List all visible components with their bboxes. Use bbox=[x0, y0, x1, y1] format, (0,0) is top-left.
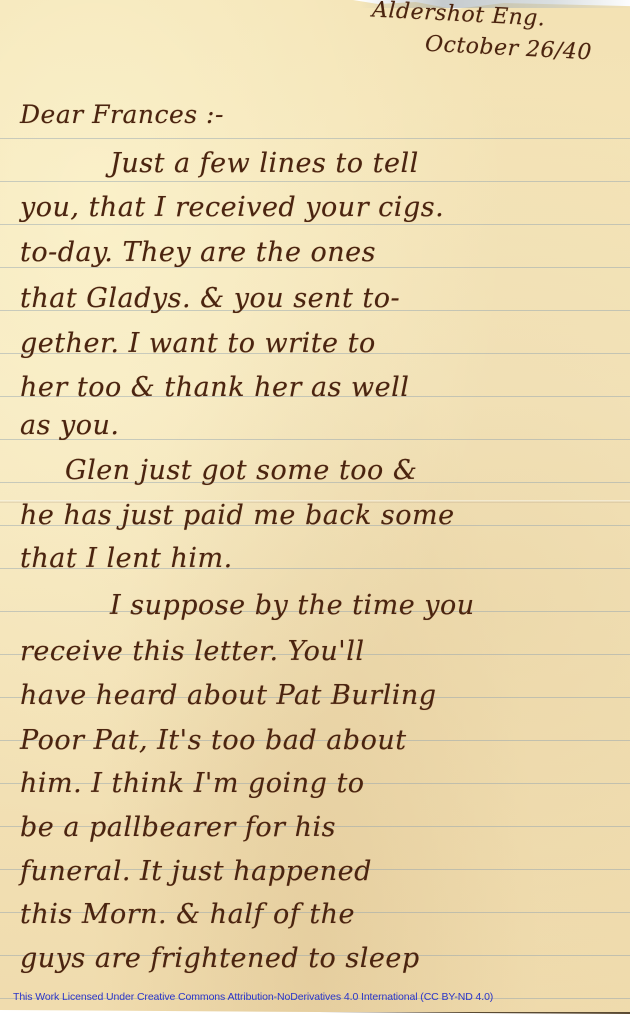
letter-line: funeral. It just happened bbox=[20, 856, 372, 887]
letter-line: Glen just got some too & bbox=[65, 455, 417, 486]
letter-line: him. I think I'm going to bbox=[20, 768, 365, 799]
letter-line: that Gladys. & you sent to- bbox=[20, 283, 400, 314]
letter-line: this Morn. & half of the bbox=[20, 899, 355, 930]
letter-line: gether. I want to write to bbox=[20, 328, 376, 359]
letter-line: have heard about Pat Burling bbox=[20, 680, 437, 711]
license-notice: This Work Licensed Under Creative Common… bbox=[13, 991, 493, 1003]
letter-line: that I lent him. bbox=[20, 543, 233, 574]
letter-line: Just a few lines to tell bbox=[110, 148, 419, 179]
letter-line: Poor Pat, It's too bad about bbox=[20, 725, 407, 756]
letter-line: guys are frightened to sleep bbox=[20, 943, 420, 974]
letter-line: as you. bbox=[20, 410, 120, 441]
scan-margin bbox=[630, 0, 635, 1024]
letter-line: be a pallbearer for his bbox=[20, 812, 336, 843]
letter-salutation: Dear Frances :- bbox=[20, 100, 224, 129]
letter-line: to-day. They are the ones bbox=[20, 237, 376, 268]
letter-line: receive this letter. You'll bbox=[20, 636, 364, 667]
letter-line: you, that I received your cigs. bbox=[20, 192, 444, 223]
letter-line: he has just paid me back some bbox=[20, 500, 455, 531]
letter-line: I suppose by the time you bbox=[110, 590, 475, 621]
letter-line: her too & thank her as well bbox=[20, 372, 409, 403]
